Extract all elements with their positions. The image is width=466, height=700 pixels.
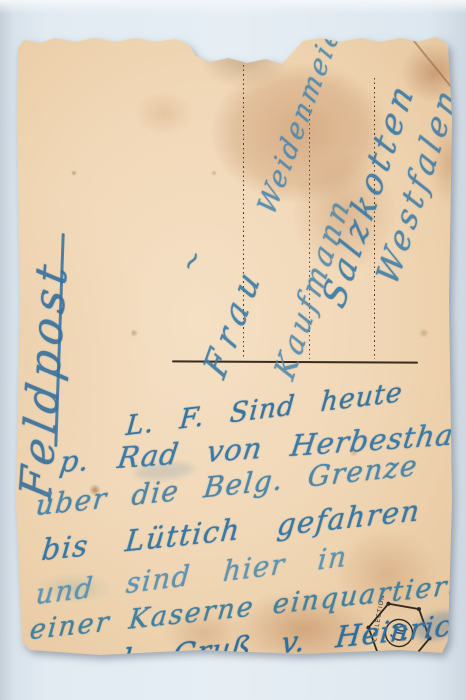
address-recipient-name: Weidenmeier bbox=[252, 5, 352, 221]
address-flourish: ~ bbox=[174, 244, 211, 279]
postcard: COLLECTION Feldpost ~ Frau Kaufmann Weid… bbox=[14, 33, 454, 658]
postcard-card-wrapper: COLLECTION Feldpost ~ Frau Kaufmann Weid… bbox=[0, 0, 466, 700]
postcard-scan: COLLECTION Feldpost ~ Frau Kaufmann Weid… bbox=[0, 0, 466, 700]
address-recipient-title: Frau bbox=[196, 258, 270, 385]
